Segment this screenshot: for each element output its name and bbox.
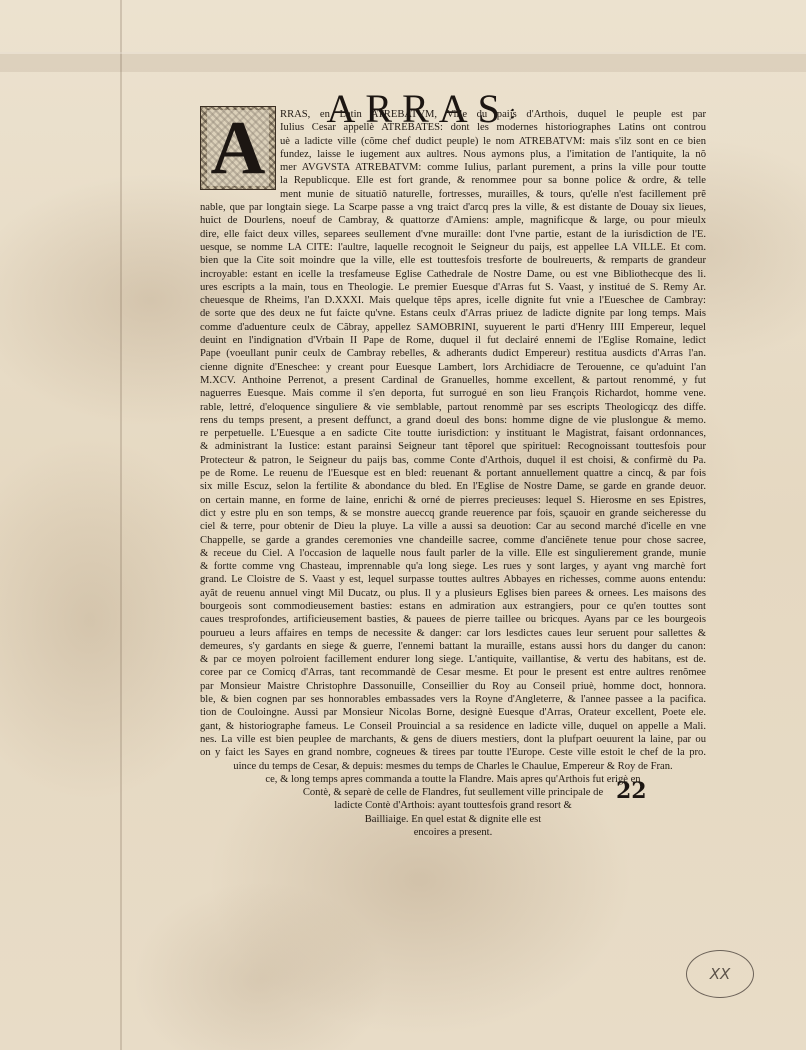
text-line: la Republicque. Elle est fort grande, & …	[200, 174, 706, 187]
page-number: 22	[616, 778, 647, 804]
text-line: comme d'aduenture ceulx de Cãbray, appel…	[200, 321, 706, 334]
text-line: Protecteur & patron, le Seigneur du paij…	[200, 454, 706, 467]
text-line: cienne dignite d'Eneschee: y creant pour…	[200, 361, 706, 374]
text-line: encoires a present.	[200, 826, 706, 839]
text-line: ciel & terre, pour obtenir de Dieu la pl…	[200, 520, 706, 533]
text-line: Bailliaige. En quel estat & dignite elle…	[200, 813, 706, 826]
text-line: coree par ce Comicq d'Arras, tant recomm…	[200, 666, 706, 679]
text-line: ures escripts a la main, tous en Theolog…	[200, 281, 706, 294]
text-line: Pape (voeullant punir ceulx de Cambray r…	[200, 347, 706, 360]
text-line: & administrant la Iustice: estant parain…	[200, 440, 706, 453]
text-line: rable, lettré, d'eloquence singuliere & …	[200, 401, 706, 414]
text-line: bien que la Cite soit moindre que la vil…	[200, 254, 706, 267]
text-line: & par ce moyen polroient facillement end…	[200, 653, 706, 666]
text-line: & receue du Ciel. A l'occasion de laquel…	[200, 547, 706, 560]
text-line: & fortte comme vng Chasteau, imprennable…	[200, 560, 706, 573]
fold-line-vertical	[120, 0, 122, 1050]
text-line: naguerres Euesque. Mais comme il s'en de…	[200, 387, 706, 400]
text-line: bourgeois sont commodieusement basties: …	[200, 600, 706, 613]
text-line: par Monsieur Maistre Christophre Dassonu…	[200, 680, 706, 693]
text-line: tion de Couloingne. Aussi par Monsieur N…	[200, 706, 706, 719]
text-line: huict de Dourlens, noeuf de Cambray, & q…	[200, 214, 706, 227]
text-line: de sorte que des deux ne fut faicte qu'v…	[200, 307, 706, 320]
text-line: cheuesque de Rheims, l'an D.XXXI. Mais q…	[200, 294, 706, 307]
text-line: ayãt de reuenu annuel vingt Mil Ducatz, …	[200, 587, 706, 600]
text-line: nable, que par longtain siege. La Scarpe…	[200, 201, 706, 214]
body-text: RRAS, en Latin ATREBATVM, Ville du paijs…	[200, 108, 706, 839]
text-line: pe de Rome. Le reuenu de l'Euesque est e…	[200, 467, 706, 480]
pencil-stamp: XX	[686, 950, 754, 998]
text-line: RRAS, en Latin ATREBATVM, Ville du paijs…	[200, 108, 706, 121]
text-line: uè a ladicte ville (cõme chef dudict peu…	[200, 135, 706, 148]
text-line: on certain manne, en forme de laine, enr…	[200, 494, 706, 507]
text-line: demeures, s'y gardants en siege & guerre…	[200, 640, 706, 653]
text-line: incroyable: estant en icelle la tresfame…	[200, 268, 706, 281]
text-line: Iulius Cesar appellè ATREBATES: dont les…	[200, 121, 706, 134]
text-line: dict y estre plu en son temps, & se mons…	[200, 507, 706, 520]
text-line: caues tresprofondes, artificieusement ba…	[200, 613, 706, 626]
text-line: uesque, se nomme LA CITE: l'aultre, laqu…	[200, 241, 706, 254]
text-line: deuint en l'indignation d'Vrbain II Pape…	[200, 334, 706, 347]
text-line: mer AVGVSTA ATREBATVM: comme Iulius, par…	[200, 161, 706, 174]
text-line: uince du temps de Cesar, & depuis: mesme…	[200, 760, 706, 773]
text-line: fundez, laisse le iugement aux aultres. …	[200, 148, 706, 161]
text-line: ble, & bien cognen par ses honnorables e…	[200, 693, 706, 706]
text-line: re perpetuelle. L'Euesque a en sadicte C…	[200, 427, 706, 440]
text-line: dire, elle faict deux villes, separees s…	[200, 228, 706, 241]
text-line: rens du temps present, a present deffunc…	[200, 414, 706, 427]
text-line: on y faict les Sayes en grand nombre, co…	[200, 746, 706, 759]
text-line: gant, & historiographe fameus. Le Consei…	[200, 720, 706, 733]
text-line: pourueu a leurs affaires en temps de nec…	[200, 627, 706, 640]
text-line: grand. Le Cloistre de S. Vaast y est, le…	[200, 573, 706, 586]
text-line: six mille Escuz, selon la fertilite & ab…	[200, 480, 706, 493]
text-line: ment munie de situatiõ naturelle, fortre…	[200, 188, 706, 201]
fold-line-horizontal	[0, 52, 806, 54]
text-line: M.XCV. Anthoine Perrenot, a present Card…	[200, 374, 706, 387]
text-line: nes. La ville est bien peuplee de marcha…	[200, 733, 706, 746]
text-line: Chappelle, se garde a grandes ceremonies…	[200, 534, 706, 547]
